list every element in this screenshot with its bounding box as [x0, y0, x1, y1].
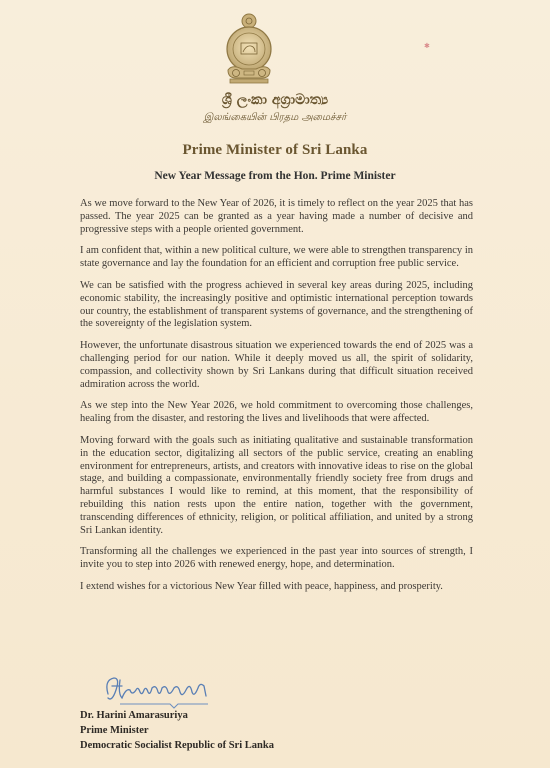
signoff-block: Dr. Harini Amarasuriya Prime Minister De… — [80, 708, 274, 753]
paragraph: Transforming all the challenges we exper… — [80, 546, 473, 572]
tamil-office-title: இலங்கையின் பிரதம அமைச்சர் — [0, 112, 550, 124]
message-body: As we move forward to the New Year of 20… — [80, 198, 473, 603]
paragraph: However, the unfortunate disastrous situ… — [80, 340, 473, 391]
paragraph: I am confident that, within a new politi… — [80, 245, 473, 271]
national-emblem-icon — [222, 12, 276, 88]
red-stamp-mark: ✱ — [424, 42, 438, 50]
signature-icon — [100, 672, 230, 712]
sinhala-office-title: ශ්‍රී ලංකා අග්‍රාමාත්‍ය — [0, 92, 550, 108]
message-title: New Year Message from the Hon. Prime Min… — [0, 170, 550, 182]
paragraph: I extend wishes for a victorious New Yea… — [80, 581, 473, 594]
paragraph: As we move forward to the New Year of 20… — [80, 198, 473, 236]
english-office-title: Prime Minister of Sri Lanka — [0, 142, 550, 159]
signatory-position: Prime Minister — [80, 723, 274, 738]
signatory-name: Dr. Harini Amarasuriya — [80, 708, 274, 723]
paragraph: We can be satisfied with the progress ac… — [80, 280, 473, 331]
paragraph: Moving forward with the goals such as in… — [80, 435, 473, 537]
signatory-country: Democratic Socialist Republic of Sri Lan… — [80, 738, 274, 753]
letter-page: ✱ ශ්‍රී ලංකා අග්‍රාමාත්‍ය இலங்கையின் பிர… — [0, 0, 550, 768]
paragraph: As we step into the New Year 2026, we ho… — [80, 400, 473, 426]
